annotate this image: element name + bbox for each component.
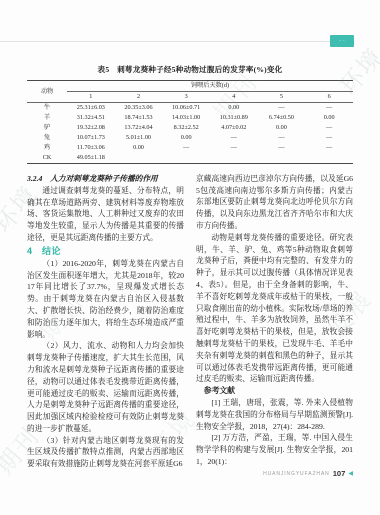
value-cell: 31.32±4.51 bbox=[67, 113, 115, 123]
two-column-text: 3.2.4 人力对刺萼龙葵种子传播的作用 通过调查刺萼龙葵的蔓延、分布特点，明确… bbox=[27, 173, 353, 470]
page-body: 表5 刺萼龙葵种子经5种动物过腹后的发芽率(%)变化 动物 饲喂后天数(d) 1… bbox=[0, 0, 380, 470]
value-cell: — bbox=[305, 133, 353, 143]
page-footer: HUANJINGYUFAZHAN 107 ◀ bbox=[263, 469, 353, 478]
value-cell: 13.72±4.04 bbox=[115, 123, 163, 133]
value-cell: 18.74±1.53 bbox=[115, 113, 163, 123]
table-row: 羊 31.32±4.51 18.74±1.53 14.03±1.00 10.31… bbox=[27, 113, 353, 123]
right-column: 京藏高速向西边巴彦淖尔方向传播，以及延G65包茂高速向南边鄂尔多斯方向传播；内蒙… bbox=[196, 173, 353, 470]
value-cell: — bbox=[305, 123, 353, 133]
reference-item-2: [2] 万方浩，严盈，王瑞，等. 中国入侵生物学学科的构建与发展[J]. 生物安… bbox=[196, 432, 353, 467]
value-cell: — bbox=[162, 143, 210, 153]
journal-name-pinyin: HUANJINGYUFAZHAN bbox=[263, 471, 330, 477]
day-column: 1 bbox=[67, 91, 115, 102]
animal-cell: 牛 bbox=[27, 102, 67, 112]
day-column: 3 bbox=[162, 91, 210, 102]
paragraph-survey: 通过调查刺萼龙葵的蔓延、分布特点，明确其在草场道路两旁、建筑材料等废弃物堆放场、… bbox=[27, 185, 184, 244]
day-column: 5 bbox=[258, 91, 306, 102]
table-row: CK 49.05±1.18 bbox=[27, 153, 353, 163]
table-header-row: 动物 饲喂后天数(d) bbox=[27, 81, 353, 92]
table-row: 驴 19.32±2.08 13.72±4.04 8.32±2.52 4.07±0… bbox=[27, 123, 353, 133]
day-column: 4 bbox=[210, 91, 258, 102]
section-4-conclusion-heading: 4 结论 bbox=[27, 244, 184, 258]
animal-cell: 驴 bbox=[27, 123, 67, 133]
value-cell bbox=[210, 153, 258, 163]
paragraph-animals: 动物是刺萼龙葵传播的重要途径。研究表明，牛、羊、驴、兔、鸡等5种动物取食刺萼龙葵… bbox=[196, 232, 353, 385]
value-cell: 14.03±1.00 bbox=[162, 113, 210, 123]
column-header-animal: 动物 bbox=[27, 81, 67, 103]
value-cell: 4.07±0.02 bbox=[210, 123, 258, 133]
conclusion-paragraph-1: （1）2016-2020年，刺萼龙葵在内蒙古自治区发生面积逐年增大，尤其是201… bbox=[27, 258, 184, 341]
page-marker-arrow-icon: ◀ bbox=[348, 471, 353, 477]
value-cell: 10.06±0.71 bbox=[162, 102, 210, 112]
value-cell: 25.31±6.03 bbox=[67, 102, 115, 112]
value-cell: 0.00 bbox=[162, 133, 210, 143]
conclusion-paragraph-3-left: （3）针对内蒙古地区刺萼龙葵现有的发生区域及传播扩散特点推测，内蒙古西部地区要采… bbox=[27, 435, 184, 470]
table5-title: 表5 刺萼龙葵种子经5种动物过腹后的发芽率(%)变化 bbox=[27, 64, 353, 75]
animal-cell: 鸡 bbox=[27, 143, 67, 153]
left-column: 3.2.4 人力对刺萼龙葵种子传播的作用 通过调查刺萼龙葵的蔓延、分布特点，明确… bbox=[27, 173, 184, 470]
value-cell: — bbox=[305, 102, 353, 112]
value-cell: — bbox=[258, 133, 306, 143]
value-cell: — bbox=[210, 143, 258, 153]
value-cell bbox=[305, 153, 353, 163]
value-cell: 5.01±1.00 bbox=[115, 133, 163, 143]
value-cell: — bbox=[258, 143, 306, 153]
value-cell: — bbox=[305, 143, 353, 153]
reference-item-1: [1] 王瑞，唐瑶，张震，等. 外来入侵植物刺萼龙葵在我国的分布格局与早期监测预… bbox=[196, 397, 353, 432]
journal-page: 环境 期刊 环境 期刊 发展 环境 期刊 · · 表5 刺萼龙葵种子经5种动物过… bbox=[0, 0, 380, 515]
conclusion-paragraph-3-continued: 京藏高速向西边巴彦淖尔方向传播，以及延G65包茂高速向南边鄂尔多斯方向传播；内蒙… bbox=[196, 173, 353, 232]
value-cell: 0.00 bbox=[305, 113, 353, 123]
value-cell bbox=[162, 153, 210, 163]
animal-cell: 羊 bbox=[27, 113, 67, 123]
value-cell: 19.32±2.08 bbox=[67, 123, 115, 133]
value-cell: 0.00 bbox=[210, 102, 258, 112]
animal-cell: CK bbox=[27, 153, 67, 163]
day-column: 2 bbox=[115, 91, 163, 102]
references-heading: 参考文献 bbox=[196, 385, 353, 397]
highlight-tag-badge[interactable]: · · bbox=[330, 35, 354, 47]
value-cell: 6.74±0.50 bbox=[258, 113, 306, 123]
animal-cell: 兔 bbox=[27, 133, 67, 143]
table-row: 鸡 11.70±3.06 0.00 — — — — bbox=[27, 143, 353, 153]
table-subheader-row: 1 2 3 4 5 6 bbox=[27, 91, 353, 102]
value-cell: 10.31±0.89 bbox=[210, 113, 258, 123]
annotation-line bbox=[0, 41, 330, 42]
value-cell bbox=[258, 153, 306, 163]
value-cell: 0.00 bbox=[115, 143, 163, 153]
value-cell: — bbox=[258, 102, 306, 112]
table-row: 兔 10.07±1.73 5.01±1.00 0.00 — — — bbox=[27, 133, 353, 143]
value-cell: 49.05±1.18 bbox=[67, 153, 115, 163]
value-cell: 8.32±2.52 bbox=[162, 123, 210, 133]
value-cell: 0.00 bbox=[258, 123, 306, 133]
value-cell: 10.07±1.73 bbox=[67, 133, 115, 143]
value-cell: — bbox=[210, 133, 258, 143]
table-row: 牛 25.31±6.03 20.35±3.06 10.06±0.71 0.00 … bbox=[27, 102, 353, 112]
page-number: 107 bbox=[333, 469, 346, 478]
section-3-2-4-heading: 3.2.4 人力对刺萼龙葵种子传播的作用 bbox=[27, 173, 184, 185]
value-cell bbox=[115, 153, 163, 163]
conclusion-paragraph-2: （2）风力、流水、动物和人力均会加快刺萼龙葵种子传播速度，扩大其生长范围，风力和… bbox=[27, 340, 184, 434]
table5: 动物 饲喂后天数(d) 1 2 3 4 5 6 牛 25.31±6.03 20.… bbox=[27, 80, 353, 164]
value-cell: 20.35±3.06 bbox=[115, 102, 163, 112]
value-cell: 11.70±3.06 bbox=[67, 143, 115, 153]
day-column: 6 bbox=[305, 91, 353, 102]
column-group-header-days: 饲喂后天数(d) bbox=[67, 81, 353, 92]
